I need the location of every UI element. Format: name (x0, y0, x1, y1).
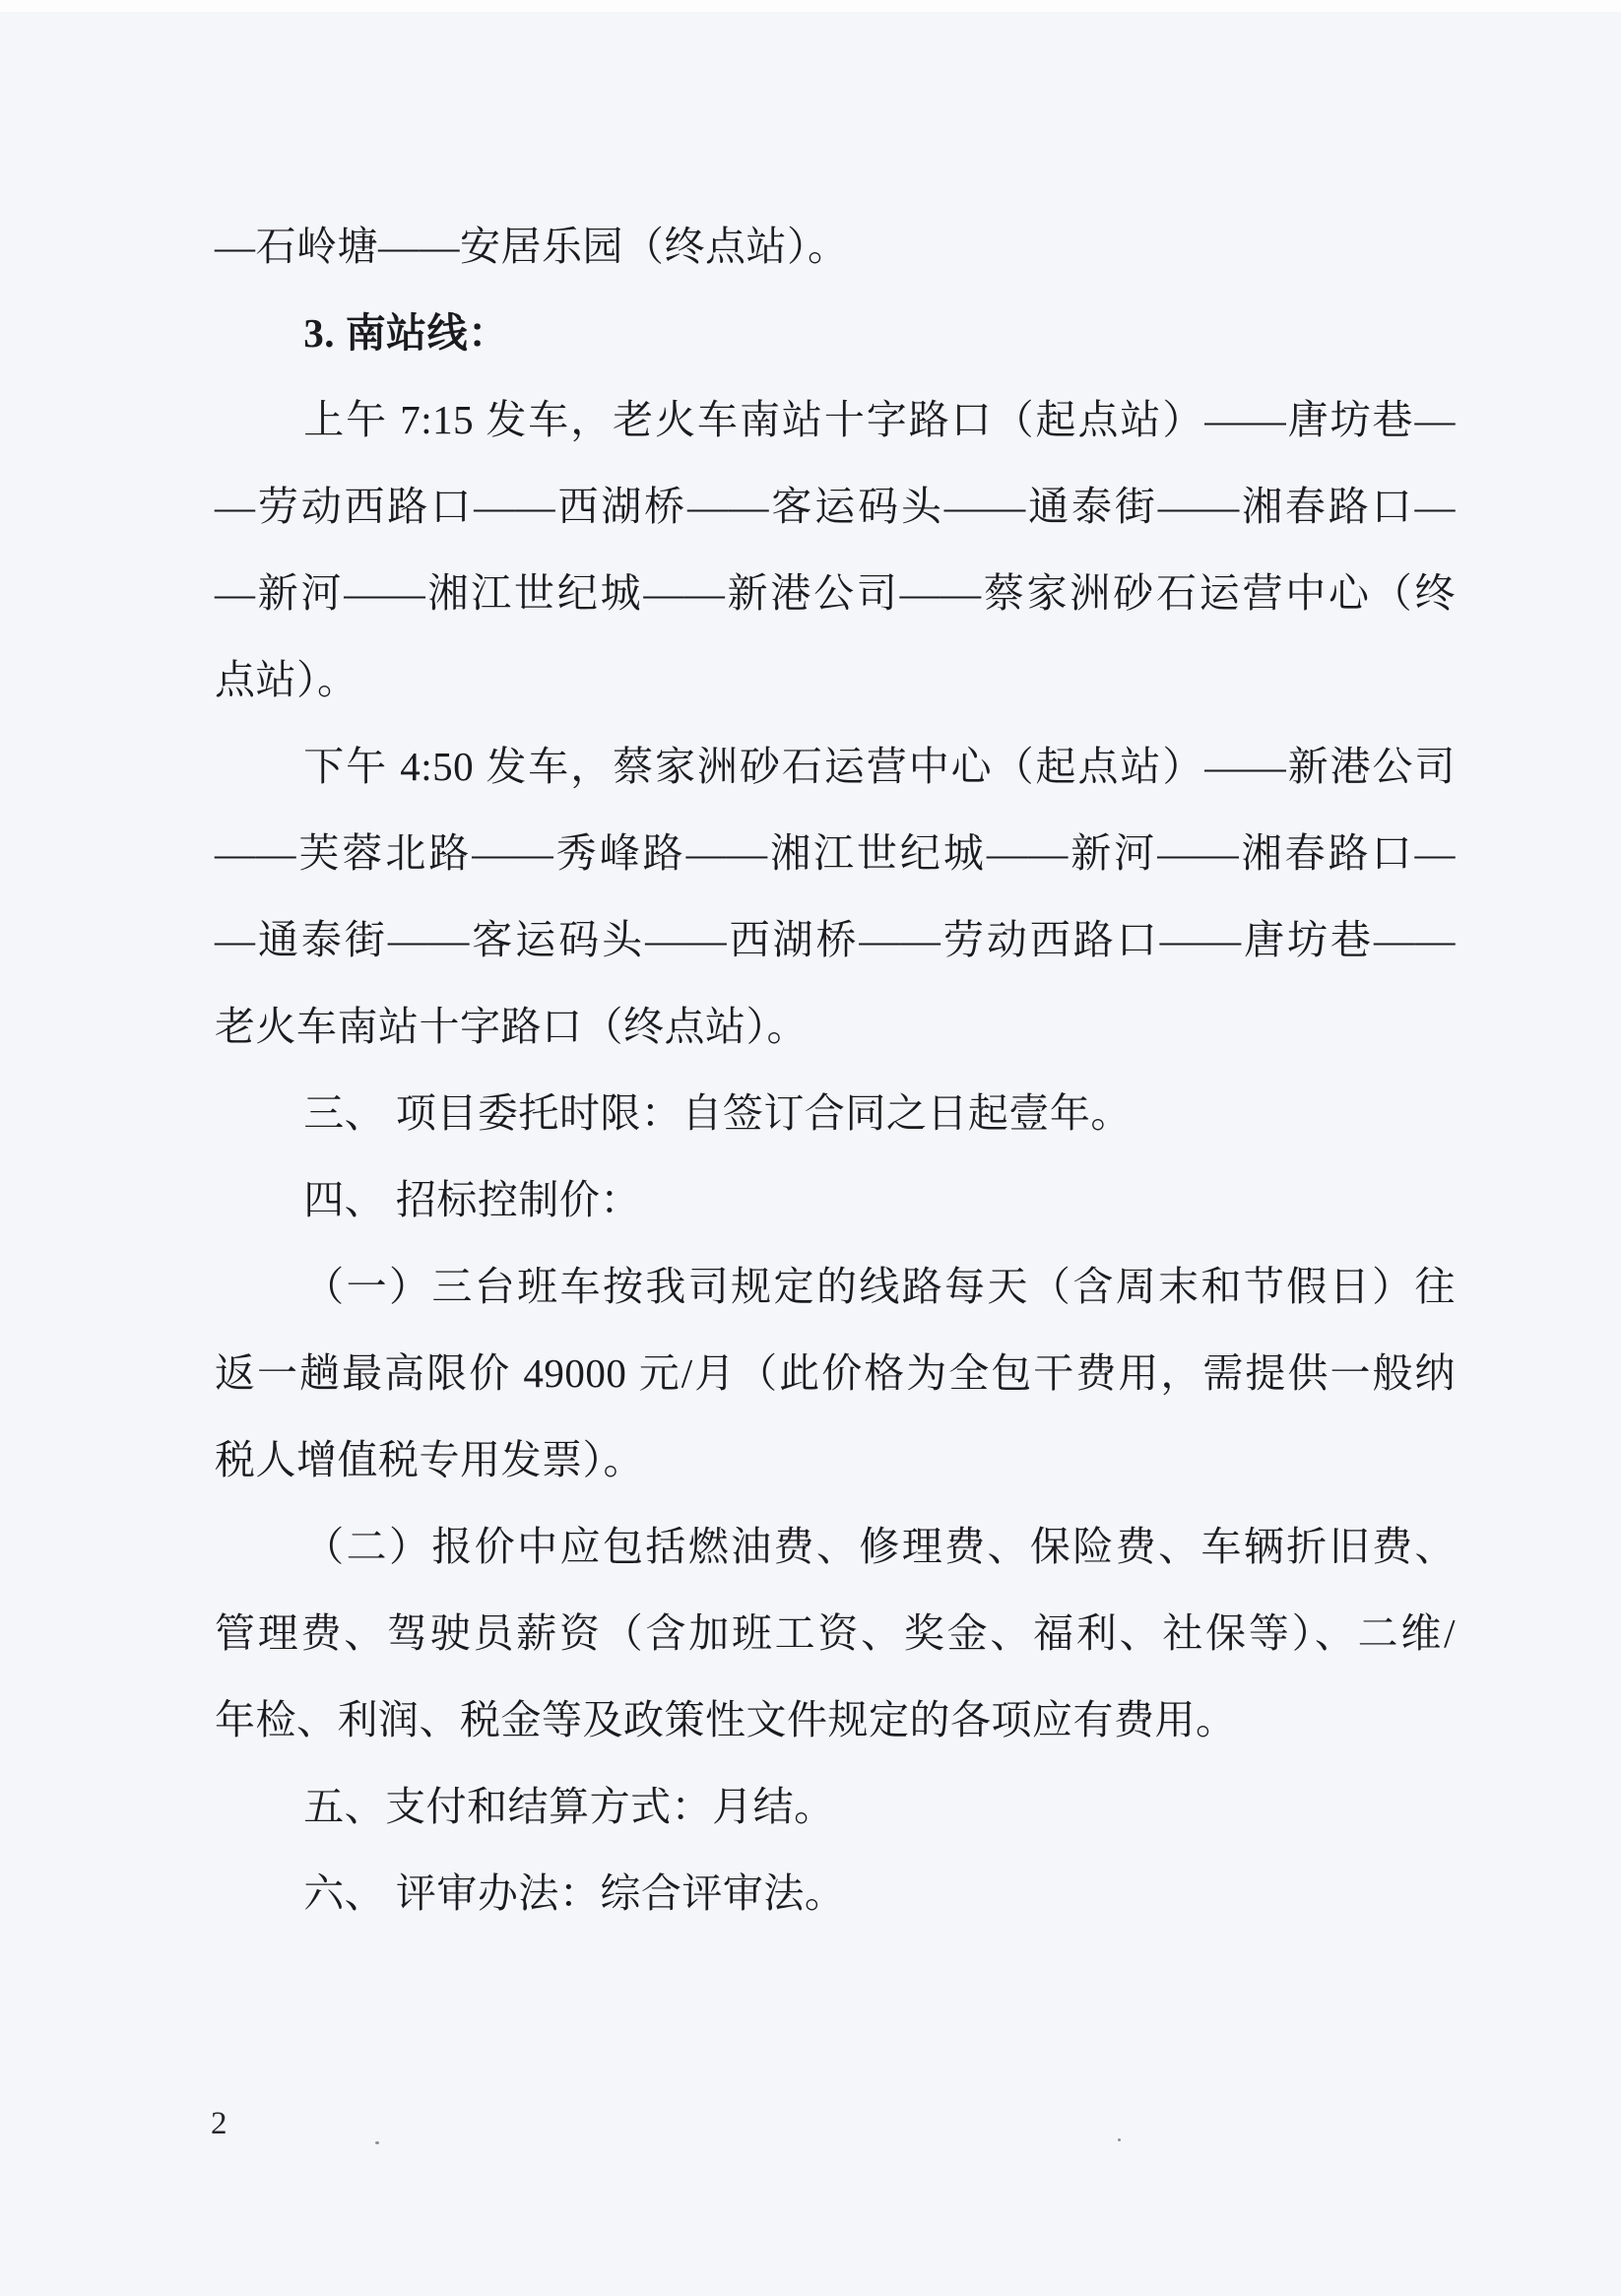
text-line: 老火车南站十字路口（终点站）。 (215, 983, 1456, 1070)
text-line: —劳动西路口——西湖桥——客运码头——通泰街——湘春路口— (215, 463, 1456, 550)
text-line: 四、 招标控制价： (215, 1156, 1456, 1243)
document-page: —石岭塘——安居乐园（终点站）。 3. 南站线： 上午 7:15 发车，老火车南… (0, 0, 1621, 2296)
text-line: （一）三台班车按我司规定的线路每天（含周末和节假日）往 (215, 1243, 1456, 1330)
scan-speck (1118, 2138, 1121, 2141)
text-line: 六、 评审办法：综合评审法。 (215, 1850, 1456, 1936)
text-line: ——芙蓉北路——秀峰路——湘江世纪城——新河——湘春路口— (215, 810, 1456, 896)
text-line: 上午 7:15 发车，老火车南站十字路口（起点站）——唐坊巷— (215, 376, 1456, 463)
text-line: —石岭塘——安居乐园（终点站）。 (215, 203, 1456, 290)
text-line: 管理费、驾驶员薪资（含加班工资、奖金、福利、社保等）、二维/ (215, 1590, 1456, 1676)
text-line: 年检、利润、税金等及政策性文件规定的各项应有费用。 (215, 1676, 1456, 1763)
text-line: 点站）。 (215, 636, 1456, 723)
page-number: 2 (211, 2104, 227, 2143)
text-line: 下午 4:50 发车，蔡家洲砂石运营中心（起点站）——新港公司 (215, 723, 1456, 810)
document-body: —石岭塘——安居乐园（终点站）。 3. 南站线： 上午 7:15 发车，老火车南… (215, 203, 1456, 1936)
text-line: 三、 项目委托时限：自签订合同之日起壹年。 (215, 1070, 1456, 1156)
text-line: —新河——湘江世纪城——新港公司——蔡家洲砂石运营中心（终 (215, 550, 1456, 636)
text-line: 返一趟最高限价 49000 元/月（此价格为全包干费用，需提供一般纳 (215, 1330, 1456, 1416)
text-line: 五、支付和结算方式：月结。 (215, 1763, 1456, 1850)
text-line: （二）报价中应包括燃油费、修理费、保险费、车辆折旧费、 (215, 1503, 1456, 1590)
text-line: 税人增值税专用发票）。 (215, 1416, 1456, 1503)
scan-speck (375, 2141, 379, 2144)
scan-top-edge (0, 0, 1621, 12)
text-line: —通泰街——客运码头——西湖桥——劳动西路口——唐坊巷—— (215, 896, 1456, 983)
section-heading: 3. 南站线： (215, 290, 1456, 376)
